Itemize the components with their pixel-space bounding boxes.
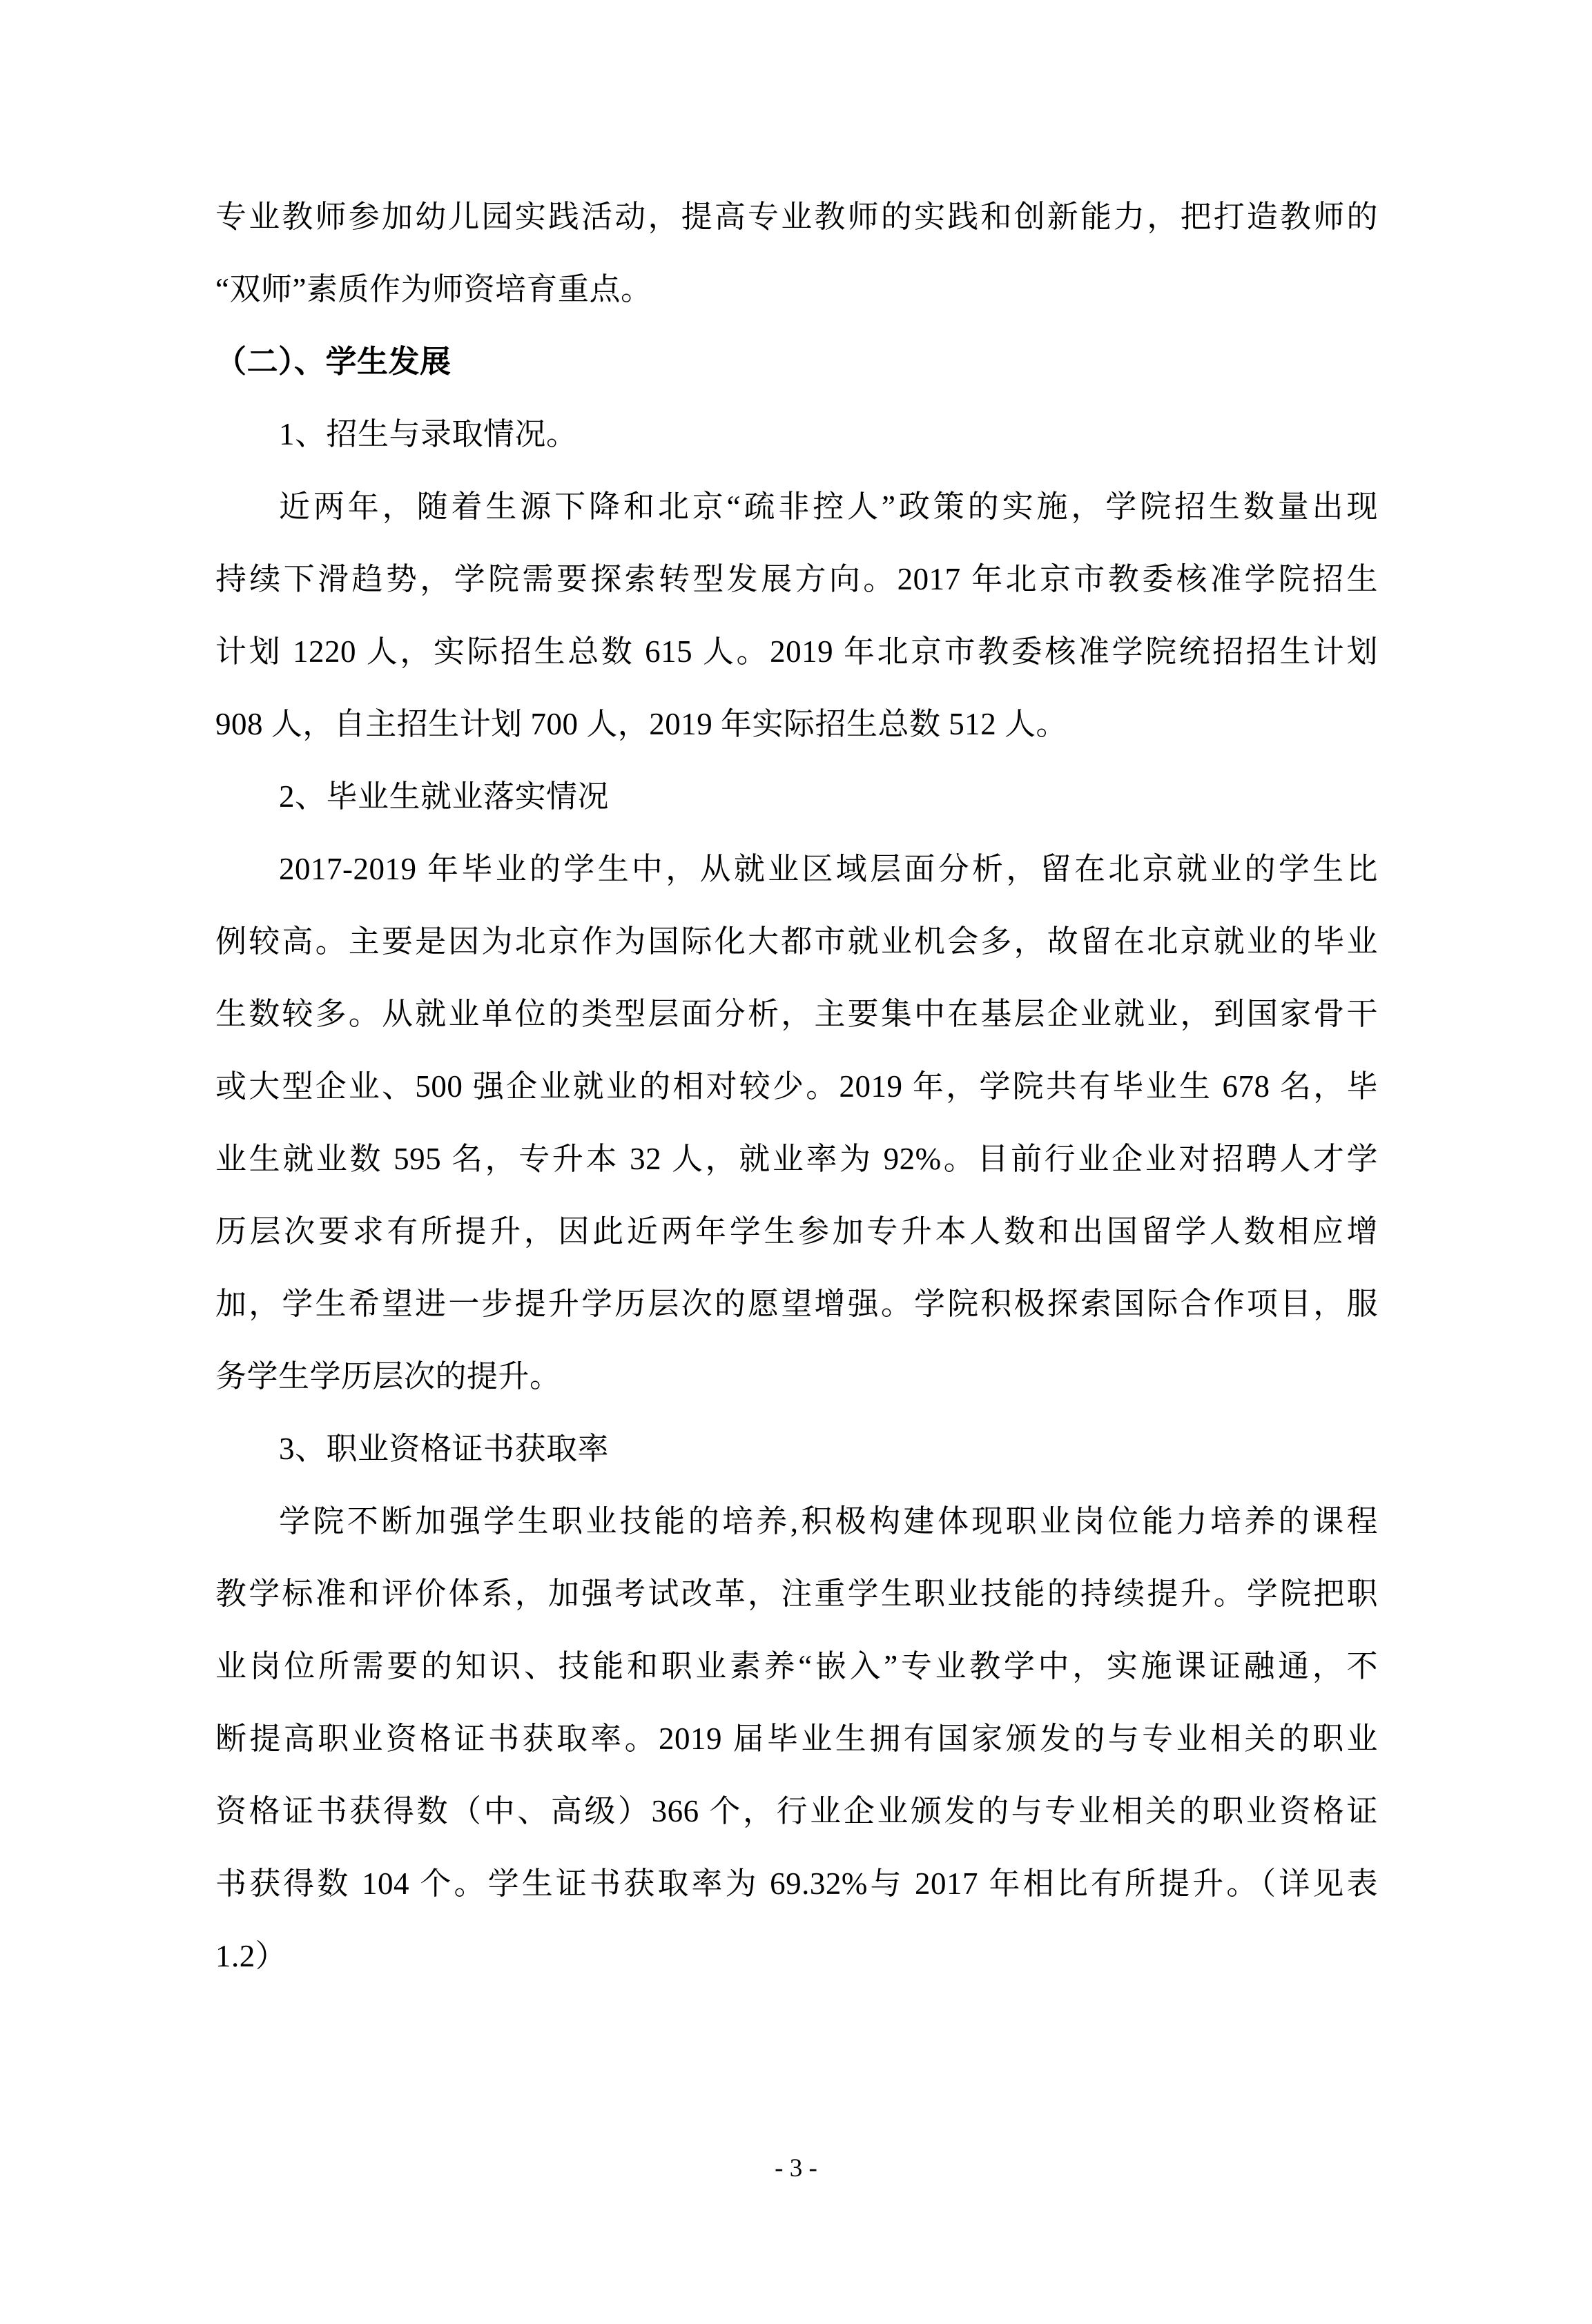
text-line: 断提高职业资格证书获取率。2019 届毕业生拥有国家颁发的与专业相关的职业 [215, 1703, 1378, 1775]
text-line: 2、毕业生就业落实情况 [215, 761, 1378, 833]
section-heading: （二）、学生发展 [215, 326, 1378, 398]
text-line: 加，学生希望进一步提升学历层次的愿望增强。学院积极探索国际合作项目，服 [215, 1268, 1378, 1340]
text-line: 1、招生与录取情况。 [215, 398, 1378, 471]
text-line: 近两年，随着生源下降和北京“疏非控人”政策的实施，学院招生数量出现 [215, 471, 1378, 543]
text-line: 历层次要求有所提升，因此近两年学生参加专升本人数和出国留学人数相应增 [215, 1195, 1378, 1268]
text-line: 1.2） [215, 1920, 1378, 1993]
text-line: 业岗位所需要的知识、技能和职业素养“嵌入”专业教学中，实施课证融通，不 [215, 1630, 1378, 1703]
text-line: 908 人，自主招生计划 700 人，2019 年实际招生总数 512 人。 [215, 688, 1378, 761]
text-line: 教学标准和评价体系，加强考试改革，注重学生职业技能的持续提升。学院把职 [215, 1558, 1378, 1630]
text-line: 业生就业数 595 名，专升本 32 人，就业率为 92%。目前行业企业对招聘人… [215, 1123, 1378, 1195]
text-line: 书获得数 104 个。学生证书获取率为 69.32%与 2017 年相比有所提升… [215, 1848, 1378, 1920]
text-line: “双师”素质作为师资培育重点。 [215, 253, 1378, 326]
text-line: 例较高。主要是因为北京作为国际化大都市就业机会多，故留在北京就业的毕业 [215, 906, 1378, 978]
text-line: 务学生学历层次的提升。 [215, 1340, 1378, 1413]
text-line: 生数较多。从就业单位的类型层面分析，主要集中在基层企业就业，到国家骨干 [215, 978, 1378, 1051]
text-line: 学院不断加强学生职业技能的培养,积极构建体现职业岗位能力培养的课程 [215, 1485, 1378, 1558]
document-page: 专业教师参加幼儿园实践活动，提高专业教师的实践和创新能力，把打造教师的“双师”素… [0, 0, 1592, 2324]
text-line: 专业教师参加幼儿园实践活动，提高专业教师的实践和创新能力，把打造教师的 [215, 181, 1378, 253]
text-line: 2017-2019 年毕业的学生中，从就业区域层面分析，留在北京就业的学生比 [215, 833, 1378, 906]
text-line: 持续下滑趋势，学院需要探索转型发展方向。2017 年北京市教委核准学院招生 [215, 543, 1378, 616]
text-line: 3、职业资格证书获取率 [215, 1413, 1378, 1485]
page-number: - 3 - [0, 2148, 1592, 2189]
text-line: 或大型企业、500 强企业就业的相对较少。2019 年，学院共有毕业生 678 … [215, 1051, 1378, 1123]
page-body: 专业教师参加幼儿园实践活动，提高专业教师的实践和创新能力，把打造教师的“双师”素… [215, 181, 1378, 1993]
text-line: 计划 1220 人，实际招生总数 615 人。2019 年北京市教委核准学院统招… [215, 616, 1378, 688]
text-line: 资格证书获得数（中、高级）366 个，行业企业颁发的与专业相关的职业资格证 [215, 1775, 1378, 1848]
